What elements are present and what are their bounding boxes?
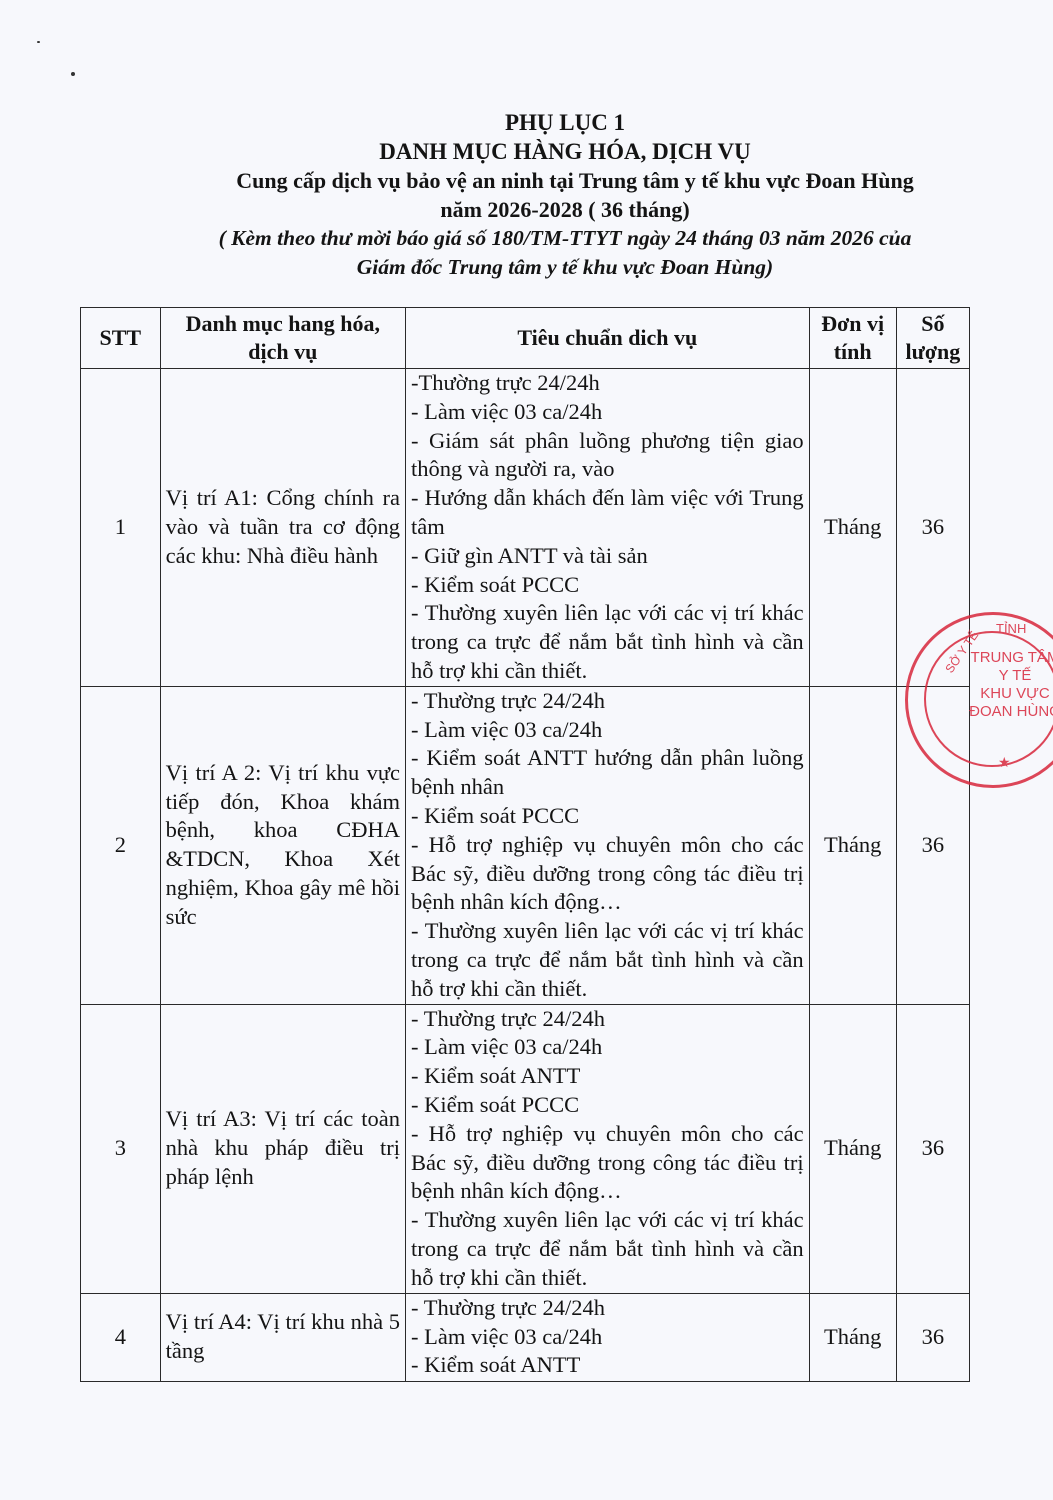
seal-line: TRUNG TÂM [960,649,1053,667]
standard-item: - Kiểm soát PCCC [411,802,804,831]
standard-item: - Kiểm soát PCCC [411,1091,804,1120]
goods-services-table: STT Danh mục hang hóa, dịch vụ Tiêu chuẩ… [80,307,970,1382]
table-row: 2Vị trí A 2: Vị trí khu vực tiếp đón, Kh… [81,686,970,1004]
subtitle-line-1: Cung cấp dịch vụ bảo vệ an ninh tại Trun… [150,166,980,195]
seal-line: ĐOAN HÙNG [960,703,1053,721]
standard-item: - Thường trực 24/24h [411,1005,804,1034]
scan-speck [37,41,40,43]
table-row: 3Vị trí A3: Vị trí các toàn nhà khu pháp… [81,1004,970,1293]
cell-quantity: 36 [896,369,969,687]
standard-item: - Giữ gìn ANTT và tài sản [411,542,804,571]
cell-quantity: 36 [896,1004,969,1293]
standard-item: - Làm việc 03 ca/24h [411,1033,804,1062]
table-row: 4Vị trí A4: Vị trí khu nhà 5 tầng- Thườn… [81,1293,970,1381]
standard-item: - Hướng dẫn khách đến làm việc với Trung… [411,484,804,542]
standard-item: - Làm việc 03 ca/24h [411,398,804,427]
header-stt: STT [81,308,161,369]
standard-item: - Kiểm soát ANTT [411,1351,804,1380]
standard-item: - Kiểm soát ANTT hướng dẫn phân luồng bệ… [411,744,804,802]
cell-name: Vị trí A 2: Vị trí khu vực tiếp đón, Kho… [160,686,405,1004]
standard-item: - Thường xuyên liên lạc với các vị trí k… [411,917,804,1003]
cell-unit: Tháng [809,369,896,687]
cell-standard: - Thường trực 24/24h- Làm việc 03 ca/24h… [406,1004,810,1293]
attachment-line-2: Giám đốc Trung tâm y tế khu vực Đoan Hùn… [150,253,980,282]
standard-item: - Thường xuyên liên lạc với các vị trí k… [411,599,804,685]
standard-item: - Hỗ trợ nghiệp vụ chuyên môn cho các Bá… [411,831,804,917]
cell-stt: 3 [81,1004,161,1293]
standard-item: - Thường trực 24/24h [411,1294,804,1323]
standard-item: - Thường xuyên liên lạc với các vị trí k… [411,1206,804,1292]
header-unit: Đơn vị tính [809,308,896,369]
cell-stt: 4 [81,1293,161,1381]
cell-quantity: 36 [896,686,969,1004]
cell-unit: Tháng [809,1004,896,1293]
standard-item: - Kiểm soát PCCC [411,571,804,600]
standard-item: - Thường trực 24/24h [411,687,804,716]
document-header: PHỤ LỤC 1 DANH MỤC HÀNG HÓA, DỊCH VỤ Cun… [150,108,980,282]
scan-speck [71,72,75,76]
standard-item: - Làm việc 03 ca/24h [411,716,804,745]
table-header-row: STT Danh mục hang hóa, dịch vụ Tiêu chuẩ… [81,308,970,369]
seal-center-text: TRUNG TÂM Y TẾ KHU VỰC ĐOAN HÙNG [960,649,1053,721]
cell-standard: - Thường trực 24/24h- Làm việc 03 ca/24h… [406,686,810,1004]
attachment-line-1: ( Kèm theo thư mời báo giá số 180/TM-TTY… [150,224,980,253]
standard-item: - Làm việc 03 ca/24h [411,1323,804,1352]
cell-stt: 2 [81,686,161,1004]
cell-stt: 1 [81,369,161,687]
table-row: 1Vị trí A1: Cổng chính ra vào và tuần tr… [81,369,970,687]
cell-standard: -Thường trực 24/24h- Làm việc 03 ca/24h-… [406,369,810,687]
list-title: DANH MỤC HÀNG HÓA, DỊCH VỤ [150,137,980,166]
cell-name: Vị trí A1: Cổng chính ra vào và tuần tra… [160,369,405,687]
standard-item: - Hỗ trợ nghiệp vụ chuyên môn cho các Bá… [411,1120,804,1206]
header-standard: Tiêu chuẩn dich vụ [406,308,810,369]
header-name: Danh mục hang hóa, dịch vụ [160,308,405,369]
star-icon: ★ [998,755,1011,772]
seal-top-text: TỈNH [996,621,1026,636]
cell-quantity: 36 [896,1293,969,1381]
cell-unit: Tháng [809,686,896,1004]
cell-name: Vị trí A3: Vị trí các toàn nhà khu pháp … [160,1004,405,1293]
cell-name: Vị trí A4: Vị trí khu nhà 5 tầng [160,1293,405,1381]
seal-line: Y TẾ [960,667,1053,685]
standard-item: - Giám sát phân luồng phương tiện giao t… [411,427,804,485]
cell-unit: Tháng [809,1293,896,1381]
seal-line: KHU VỰC [960,685,1053,703]
appendix-title: PHỤ LỤC 1 [150,108,980,137]
subtitle-line-2: năm 2026-2028 ( 36 tháng) [150,195,980,224]
header-quantity: Số lượng [896,308,969,369]
standard-item: - Kiểm soát ANTT [411,1062,804,1091]
standard-item: -Thường trực 24/24h [411,369,804,398]
cell-standard: - Thường trực 24/24h- Làm việc 03 ca/24h… [406,1293,810,1381]
